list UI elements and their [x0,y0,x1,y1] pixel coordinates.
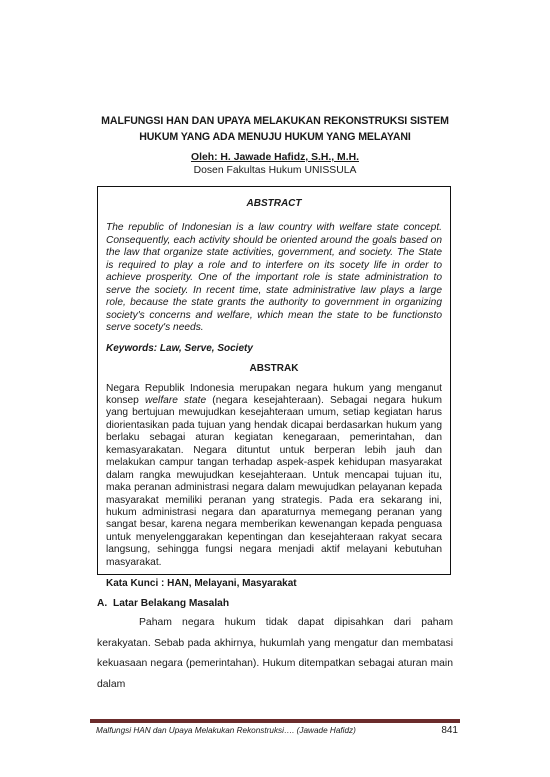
abstract-text: The republic of Indonesian is a law coun… [106,222,442,335]
title-line-1: MALFUNGSI HAN DAN UPAYA MELAKUKAN REKONS… [60,113,490,129]
abstrak-heading: ABSTRAK [106,363,442,374]
abstract-box: ABSTRACT The republic of Indonesian is a… [97,186,451,575]
abstract-heading: ABSTRACT [106,198,442,209]
author-affiliation: Dosen Fakultas Hukum UNISSULA [60,164,490,177]
abstrak-italic-term: welfare state [145,395,206,406]
section-number: A. [97,598,113,609]
abstrak-keywords: Kata Kunci : HAN, Melayani, Masyarakat [106,578,442,589]
author-name: Oleh: H. Jawade Hafidz, S.H., M.H. [60,151,490,164]
abstrak-text-part: (negara kesejahteraan). Sebagai negara h… [106,395,442,568]
title-line-2: HUKUM YANG ADA MENUJU HUKUM YANG MELAYAN… [60,129,490,145]
section-title: Latar Belakang Masalah [113,598,229,609]
section-heading: A.Latar Belakang Masalah [97,598,229,609]
body-paragraph-text: Paham negara hukum tidak dapat dipisahka… [97,617,453,690]
footer-rule [90,719,460,723]
page-number: 841 [441,725,458,736]
paper-title: MALFUNGSI HAN DAN UPAYA MELAKUKAN REKONS… [60,113,490,145]
author-block: Oleh: H. Jawade Hafidz, S.H., M.H. Dosen… [60,151,490,177]
abstrak-text: Negara Republik Indonesia merupakan nega… [106,383,442,570]
abstract-keywords: Keywords: Law, Serve, Society [106,343,442,354]
footer-running-title: Malfungsi HAN dan Upaya Melakukan Rekons… [96,726,356,735]
body-paragraph: Paham negara hukum tidak dapat dipisahka… [97,613,453,695]
